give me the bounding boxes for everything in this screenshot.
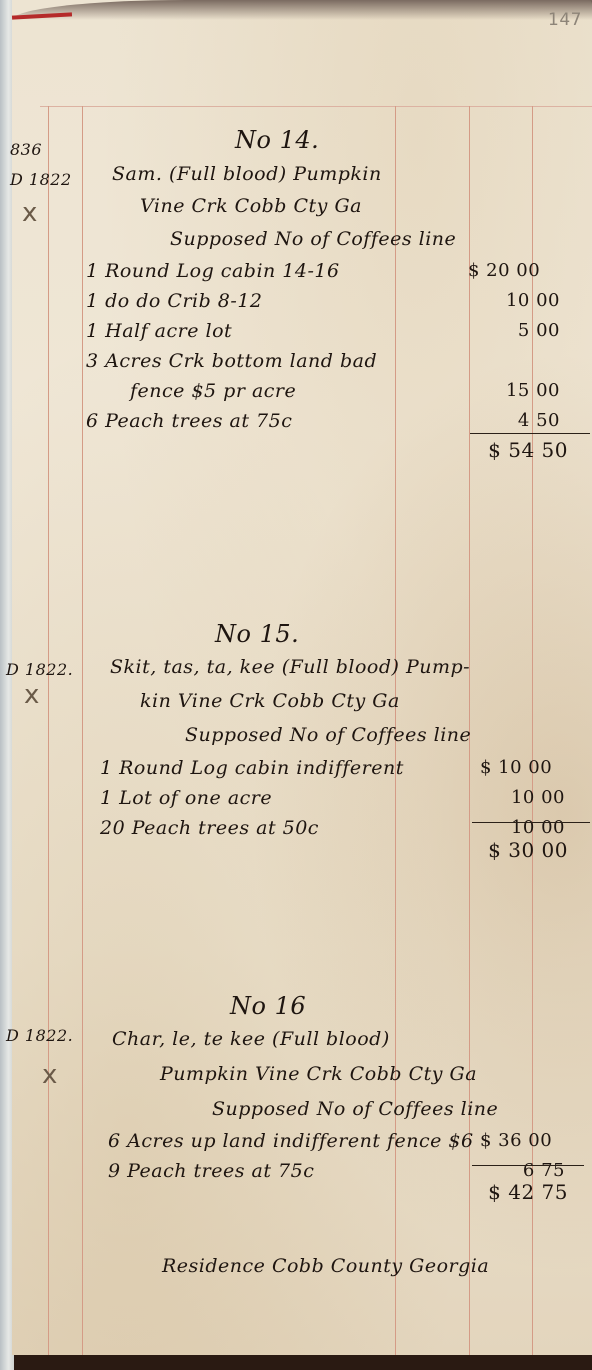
item-description: fence $5 pr acre: [130, 380, 296, 402]
item-amount: $ 10 00: [480, 757, 550, 778]
entry-heading: Pumpkin Vine Crk Cobb Cty Ga: [160, 1063, 477, 1085]
entry-heading: Supposed No of Coffees line: [212, 1098, 498, 1120]
item-amount: 6 75: [495, 1160, 565, 1181]
item-description: 1 Half acre lot: [86, 320, 232, 342]
page-top-shadow: [12, 0, 592, 20]
residence-footer: Residence Cobb County Georgia: [162, 1255, 489, 1277]
item-description: 1 Round Log cabin 14-16: [86, 260, 340, 282]
item-amount: 15 00: [490, 380, 560, 401]
margin-note: D 1822: [10, 170, 72, 189]
entry-heading: Supposed No of Coffees line: [170, 228, 456, 250]
entry-total: $ 30 00: [458, 838, 568, 862]
x-mark: x: [42, 1060, 58, 1090]
item-amount: $ 20 00: [468, 260, 538, 281]
margin-note: D 1822.: [6, 660, 73, 679]
entry-heading: Supposed No of Coffees line: [185, 724, 471, 746]
x-mark: x: [24, 680, 40, 710]
entry-heading: Vine Crk Cobb Cty Ga: [140, 195, 362, 217]
entry-total: $ 42 75: [458, 1180, 568, 1204]
margin-note: D 1822.: [6, 1026, 73, 1045]
entry-number: No 15.: [215, 620, 299, 648]
item-description: 3 Acres Crk bottom land bad: [86, 350, 377, 372]
item-amount: 5 00: [490, 320, 560, 341]
margin-note: 836: [10, 140, 42, 159]
header-rule: [40, 106, 592, 107]
item-amount: 10 00: [495, 817, 565, 838]
item-description: 1 do do Crib 8-12: [86, 290, 263, 312]
entry-total: $ 54 50: [458, 438, 568, 462]
item-description: 6 Peach trees at 75c: [86, 410, 292, 432]
item-description: 9 Peach trees at 75c: [108, 1160, 314, 1182]
entry-heading: Skit, tas, ta, kee (Full blood) Pump-: [110, 656, 470, 678]
sum-rule: [472, 1165, 584, 1166]
sum-rule: [470, 433, 590, 434]
item-description: 1 Lot of one acre: [100, 787, 272, 809]
entry-heading: Sam. (Full blood) Pumpkin: [112, 163, 382, 185]
entry-number: No 16: [230, 992, 306, 1020]
item-amount: 10 00: [490, 290, 560, 311]
item-amount: 4 50: [490, 410, 560, 431]
item-description: 20 Peach trees at 50c: [100, 817, 319, 839]
page-number: 147: [548, 10, 582, 30]
margin-rule-1: [48, 106, 49, 1355]
item-amount: 10 00: [495, 787, 565, 808]
item-amount: $ 36 00: [480, 1130, 550, 1151]
item-description: 1 Round Log cabin indifferent: [100, 757, 404, 779]
entry-number: No 14.: [235, 126, 319, 154]
entry-heading: kin Vine Crk Cobb Cty Ga: [140, 690, 400, 712]
entry-heading: Char, le, te kee (Full blood): [112, 1028, 390, 1050]
margin-rule-2: [82, 106, 83, 1355]
sum-rule: [472, 822, 590, 823]
item-description: 6 Acres up land indifferent fence $6: [108, 1130, 474, 1152]
x-mark: x: [22, 198, 38, 228]
